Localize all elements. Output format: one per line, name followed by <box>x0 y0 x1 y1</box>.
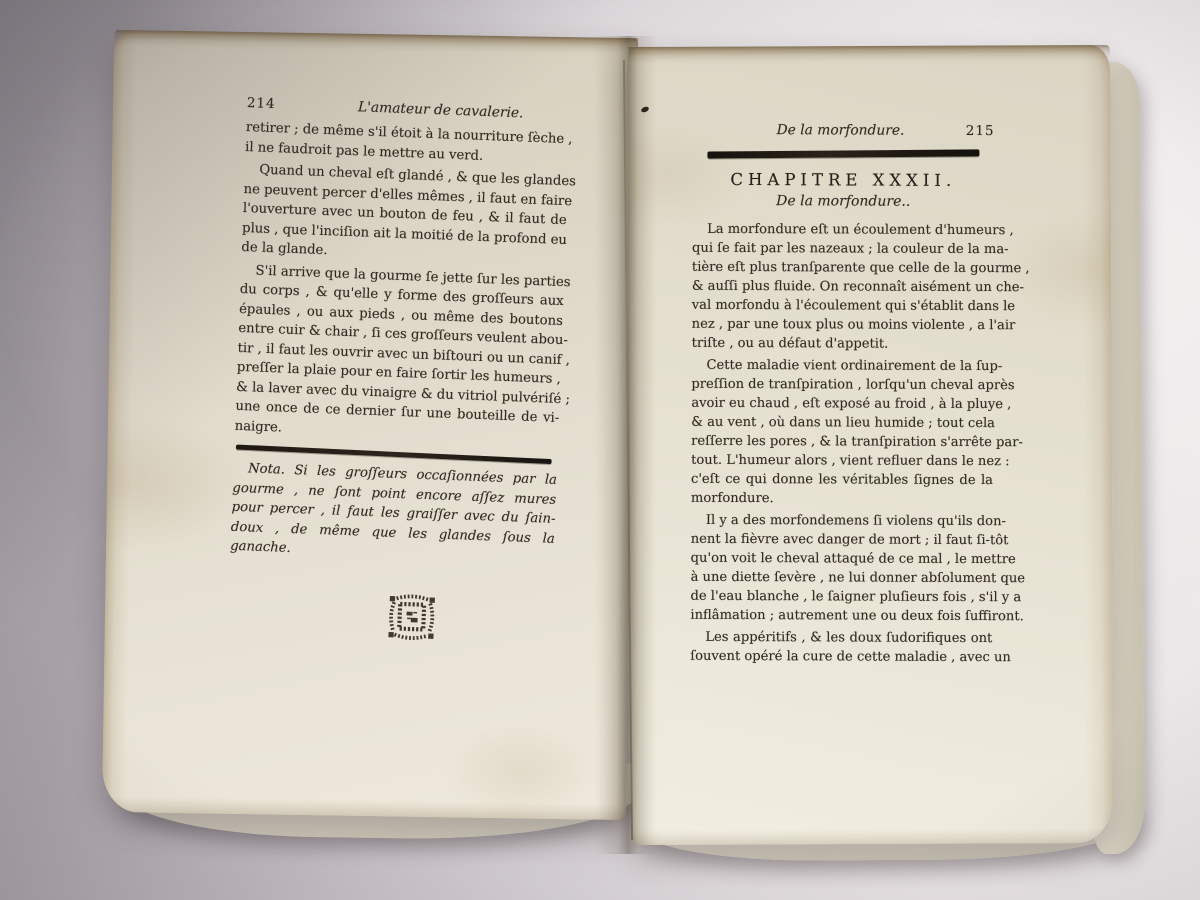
text-line: qu'on voit le cheval attaqué de ce mal ,… <box>691 549 993 569</box>
text-line: morfondure. <box>691 489 993 509</box>
paragraph: La morfondure eſt un écoulement d'humeur… <box>692 220 995 354</box>
paragraph: Il y a des morfondemens ſi violens qu'il… <box>690 511 992 626</box>
text-line: Cette maladie vient ordinairement de la … <box>691 356 993 376</box>
text-line: La morfondure eſt un écoulement d'humeur… <box>692 220 994 240</box>
right-page: De la morfondure. 215 CHAPITRE XXXII. De… <box>628 45 1113 845</box>
page-number-left: 214 <box>246 94 311 116</box>
printer-ornament-icon <box>387 590 437 649</box>
text-line: Il y a des morfondemens ſi violens qu'il… <box>691 511 993 531</box>
paragraph: Cette maladie vient ordinairement de la … <box>691 356 994 509</box>
text-line: avoir eu chaud , eſt exposé au froid , à… <box>691 394 993 414</box>
text-line: inflâmation ; autrement une ou deux fois… <box>690 606 992 626</box>
paragraph: Quand un cheval eſt glandé , & que les g… <box>241 160 568 270</box>
text-line: nent la fièvre avec danger de mort ; il … <box>691 530 993 550</box>
running-title-right: De la morfondure. <box>739 121 943 141</box>
text-line: triſte , ou au défaut d'appetit. <box>692 334 994 354</box>
text-line: reſſerre les pores , & la tranſpiration … <box>691 432 993 452</box>
text-line: Les appéritifs , & les doux ſudorifiques… <box>690 628 992 648</box>
chapter-rule <box>707 149 979 158</box>
left-page: 214 L'amateur de cavalerie. retirer ; de… <box>102 30 638 820</box>
paragraph: Les appéritifs , & les doux ſudorifiques… <box>690 628 992 667</box>
chapter-subtitle: De la morfondure.. <box>692 192 994 212</box>
text-line: ſouvent opéré la cure de cette maladie ,… <box>690 647 992 667</box>
text-line: nez , par une toux plus ou moins violent… <box>692 315 994 335</box>
right-page-text-column: De la morfondure. 215 CHAPITRE XXXII. De… <box>690 121 994 667</box>
text-line: tière eſt plus tranſparente que celle de… <box>692 258 994 278</box>
text-line: c'eſt ce qui donne les véritables ſignes… <box>691 470 993 490</box>
text-line: tout. L'humeur alors , vient refluer dan… <box>691 451 993 471</box>
left-page-text-column: 214 L'amateur de cavalerie. retirer ; de… <box>227 94 571 654</box>
nota-paragraph: Nota. Si les groſſeurs occaſionnées par … <box>230 459 557 569</box>
right-running-head: De la morfondure. 215 <box>692 121 994 143</box>
page-number-right: 215 <box>942 122 994 141</box>
text-line: de l'eau blanche , le ſaigner pluſieurs … <box>690 587 992 607</box>
chapter-heading: CHAPITRE XXXII. <box>692 170 994 190</box>
text-line: & au vent , où dans un lieu humide ; tou… <box>691 413 993 433</box>
text-line: preſſion de tranſpiration , lorſqu'un ch… <box>691 375 993 395</box>
text-line: à une diette ſevère , ne lui donner abſo… <box>691 568 993 588</box>
paragraph: S'il arrive que la gourme ſe jette ſur l… <box>234 260 564 448</box>
text-line: qui ſe fait par les nazeaux ; la couleur… <box>692 239 994 259</box>
text-line: val morfondu à l'écoulement qui s'établi… <box>692 296 994 316</box>
text-line: & auſſi plus fluide. On reconnaît aiséme… <box>692 277 994 297</box>
book-photograph: 214 L'amateur de cavalerie. retirer ; de… <box>0 0 1200 900</box>
